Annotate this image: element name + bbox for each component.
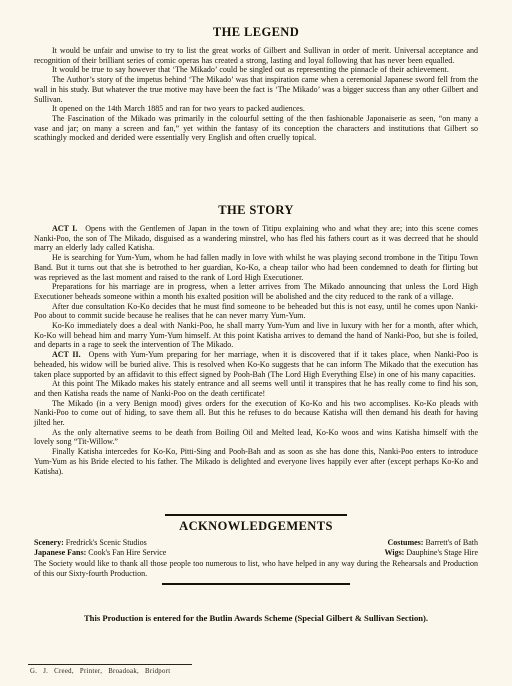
story-paragraph: Preparations for his marriage are in pro… (34, 282, 478, 301)
story-paragraph: Finally Katisha intercedes for Ko-Ko, Pi… (34, 447, 478, 476)
story-paragraph-text: Opens with Yum-Yum preparing for her mar… (34, 350, 478, 378)
story-title: THE STORY (34, 204, 478, 217)
credit-scenery: Scenery: Fredrick's Scenic Studios (34, 538, 147, 548)
credit-label: Wigs: (384, 548, 404, 557)
credit-label: Japanese Fans: (34, 548, 86, 557)
legend-paragraph: The Fascination of the Mikado was primar… (34, 114, 478, 143)
section-acknowledgements: ACKNOWLEDGEMENTS Scenery: Fredrick's Sce… (34, 514, 478, 585)
story-paragraph: ACT II.Opens with Yum-Yum preparing for … (34, 350, 478, 379)
printer-imprint: G. J. Creed, Printer, Broadoak, Bridport (28, 664, 192, 675)
story-paragraph: The Mikado (in a very Benign mood) gives… (34, 399, 478, 428)
credit-costumes: Costumes: Barrett's of Bath (387, 538, 478, 548)
legend-paragraph: It would be true to say however that ‘Th… (34, 65, 478, 75)
award-note: This Production is entered for the Butli… (34, 613, 478, 623)
story-paragraph-text: Opens with the Gentlemen of Japan in the… (34, 224, 478, 252)
story-paragraph: ACT I.Opens with the Gentlemen of Japan … (34, 224, 478, 253)
programme-page: THE LEGEND It would be unfair and unwise… (0, 0, 512, 686)
credit-value: Cook's Fan Hire Service (88, 548, 166, 557)
story-paragraph: As the only alternative seems to be deat… (34, 428, 478, 447)
divider-rule-top (165, 514, 347, 516)
credit-label: Costumes: (387, 538, 423, 547)
credit-wigs: Wigs: Dauphine's Stage Hire (384, 548, 478, 558)
credit-row: Scenery: Fredrick's Scenic Studios Costu… (34, 538, 478, 548)
society-note: The Society would like to thank all thos… (34, 559, 478, 578)
legend-title: THE LEGEND (34, 26, 478, 39)
section-story: THE STORY ACT I.Opens with the Gentlemen… (34, 204, 478, 476)
act-one-label: ACT I. (52, 224, 77, 233)
divider-rule-bottom (162, 583, 350, 585)
legend-paragraph: It would be unfair and unwise to try to … (34, 46, 478, 65)
section-legend: THE LEGEND It would be unfair and unwise… (34, 26, 478, 143)
legend-paragraph: It opened on the 14th March 1885 and ran… (34, 104, 478, 114)
acknowledgements-title: ACKNOWLEDGEMENTS (34, 520, 478, 533)
credit-value: Barrett's of Bath (425, 538, 478, 547)
credit-japanese-fans: Japanese Fans: Cook's Fan Hire Service (34, 548, 166, 558)
credit-label: Scenery: (34, 538, 64, 547)
act-two-label: ACT II. (52, 350, 81, 359)
story-paragraph: At this point The Mikado makes his state… (34, 379, 478, 398)
credit-value: Dauphine's Stage Hire (406, 548, 478, 557)
legend-paragraph: The Author’s story of the impetus behind… (34, 75, 478, 104)
credit-row: Japanese Fans: Cook's Fan Hire Service W… (34, 548, 478, 558)
story-paragraph: After due consultation Ko-Ko decides tha… (34, 302, 478, 321)
story-paragraph: Ko-Ko immediately does a deal with Nanki… (34, 321, 478, 350)
story-paragraph: He is searching for Yum-Yum, whom he had… (34, 253, 478, 282)
credit-value: Fredrick's Scenic Studios (66, 538, 147, 547)
